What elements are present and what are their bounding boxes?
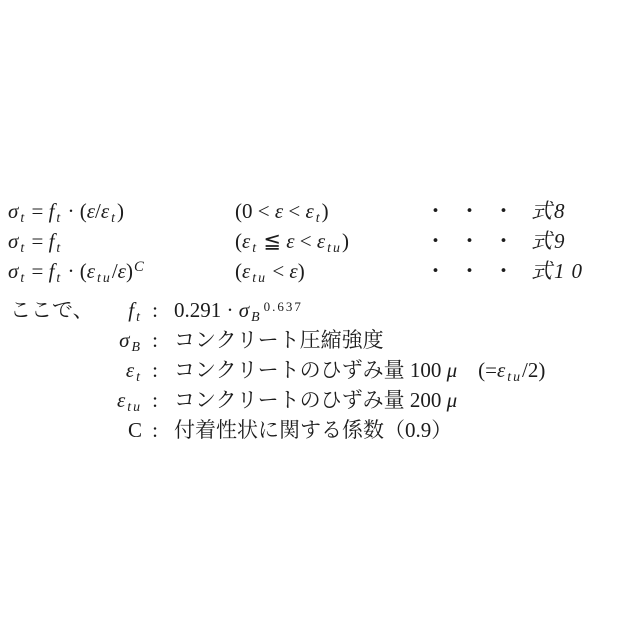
where-intro-label: ここで、 <box>10 295 94 325</box>
equation-number-label: ・・・式9 <box>425 226 636 256</box>
definition-colon: : <box>142 415 168 445</box>
equation-row-9: σt = ft (εt ≦ ε < εtu) ・・・式9 <box>8 226 636 256</box>
definition-description: コンクリートのひずみ量 100 μ (=εtu/2) <box>168 355 636 385</box>
equation-number-label: ・・・式10 <box>425 256 636 286</box>
definition-description: 0.291 · σB0.637 <box>168 295 636 325</box>
definition-row-c: C : 付着性状に関する係数（0.9） <box>8 415 636 445</box>
equation-row-8: σt = ft · (ε/εt) (0 < ε < εt) ・・・式8 <box>8 196 636 226</box>
equation-condition: (εt ≦ ε < εtu) <box>235 226 425 256</box>
definitions-section: ここで、 ft : 0.291 · σB0.637 σB : コンクリート圧縮強… <box>8 295 636 445</box>
definition-row-epsilon-tu: εtu : コンクリートのひずみ量 200 μ <box>8 385 636 415</box>
definition-colon: : <box>142 385 168 415</box>
equation-expression: σt = ft · (εtu/ε)C <box>8 256 235 286</box>
definition-description: コンクリートのひずみ量 200 μ <box>168 385 636 415</box>
definition-colon: : <box>142 295 168 325</box>
equation-row-10: σt = ft · (εtu/ε)C (εtu < ε) ・・・式10 <box>8 256 636 286</box>
definition-term: εt <box>8 355 142 385</box>
definition-term: C <box>8 415 142 445</box>
equation-number-label: ・・・式8 <box>425 196 636 226</box>
definition-row-epsilon-t: εt : コンクリートのひずみ量 100 μ (=εtu/2) <box>8 355 636 385</box>
equation-expression: σt = ft · (ε/εt) <box>8 196 235 226</box>
equation-condition: (0 < ε < εt) <box>235 196 425 226</box>
definition-description: 付着性状に関する係数（0.9） <box>168 415 636 445</box>
definition-term: σB <box>8 325 142 355</box>
equation-condition: (εtu < ε) <box>235 256 425 286</box>
definition-colon: : <box>142 355 168 385</box>
equation-document: σt = ft · (ε/εt) (0 < ε < εt) ・・・式8 σt =… <box>8 196 636 445</box>
definition-description: コンクリート圧縮強度 <box>168 325 636 355</box>
definition-row-ft: ここで、 ft : 0.291 · σB0.637 <box>8 295 636 325</box>
definition-row-sigma-b: σB : コンクリート圧縮強度 <box>8 325 636 355</box>
definition-colon: : <box>142 325 168 355</box>
equation-expression: σt = ft <box>8 226 235 256</box>
definition-term: εtu <box>8 385 142 415</box>
